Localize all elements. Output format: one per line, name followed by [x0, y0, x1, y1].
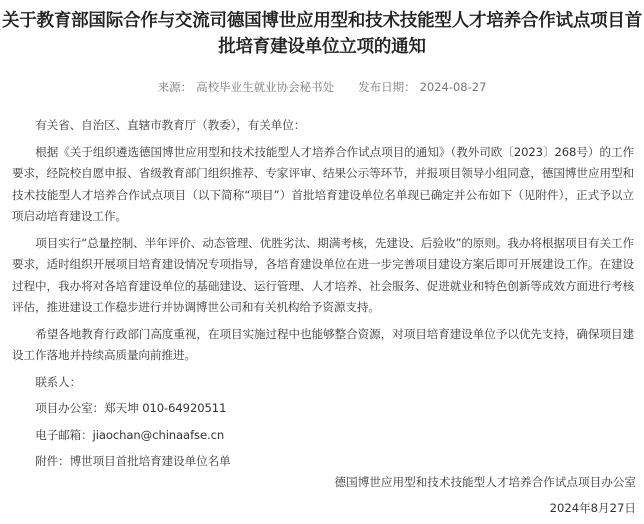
signature-organization: 德国博世应用型和技术技能型人才培养合作试点项目办公室	[236, 474, 636, 490]
attachment-link[interactable]: 附件：博世项目首批培育建设单位名单	[12, 451, 634, 473]
contact-email[interactable]: 电子邮箱：jiaochan@chinaafse.cn	[12, 425, 634, 447]
paragraph-hope: 希望各地教育行政部门高度重视，在项目实施过程中也能够整合资源，对项目培育建设单位…	[12, 324, 634, 367]
source-value: 高校毕业生就业协会秘书处	[196, 80, 334, 94]
salutation: 有关省、自治区、直辖市教育厅（教委），有关单位：	[12, 115, 634, 137]
contact-office: 项目办公室：郑天坤 010-64920511	[12, 398, 634, 420]
source-label: 来源：	[158, 80, 193, 94]
contact-label: 联系人：	[12, 372, 634, 394]
paragraph-principle: 项目实行“总量控制、半年评价、动态管理、优胜劣汰、期满考核，先建设、后验收”的原…	[12, 233, 634, 319]
article-body: 有关省、自治区、直辖市教育厅（教委），有关单位： 根据《关于组织遴选德国博世应用…	[12, 115, 634, 478]
article-meta: 来源：高校毕业生就业协会秘书处发布日期：2024-08-27	[0, 79, 644, 95]
page-title: 关于教育部国际合作与交流司德国博世应用型和技术技能型人才培养合作试点项目首批培育…	[0, 8, 644, 60]
date-value: 2024-08-27	[420, 80, 487, 94]
signature-date: 2024年8月27日	[236, 500, 636, 516]
date-label: 发布日期：	[358, 80, 416, 94]
paragraph-basis: 根据《关于组织遴选德国博世应用型和技术技能型人才培养合作试点项目的通知》（教外司…	[12, 142, 634, 228]
